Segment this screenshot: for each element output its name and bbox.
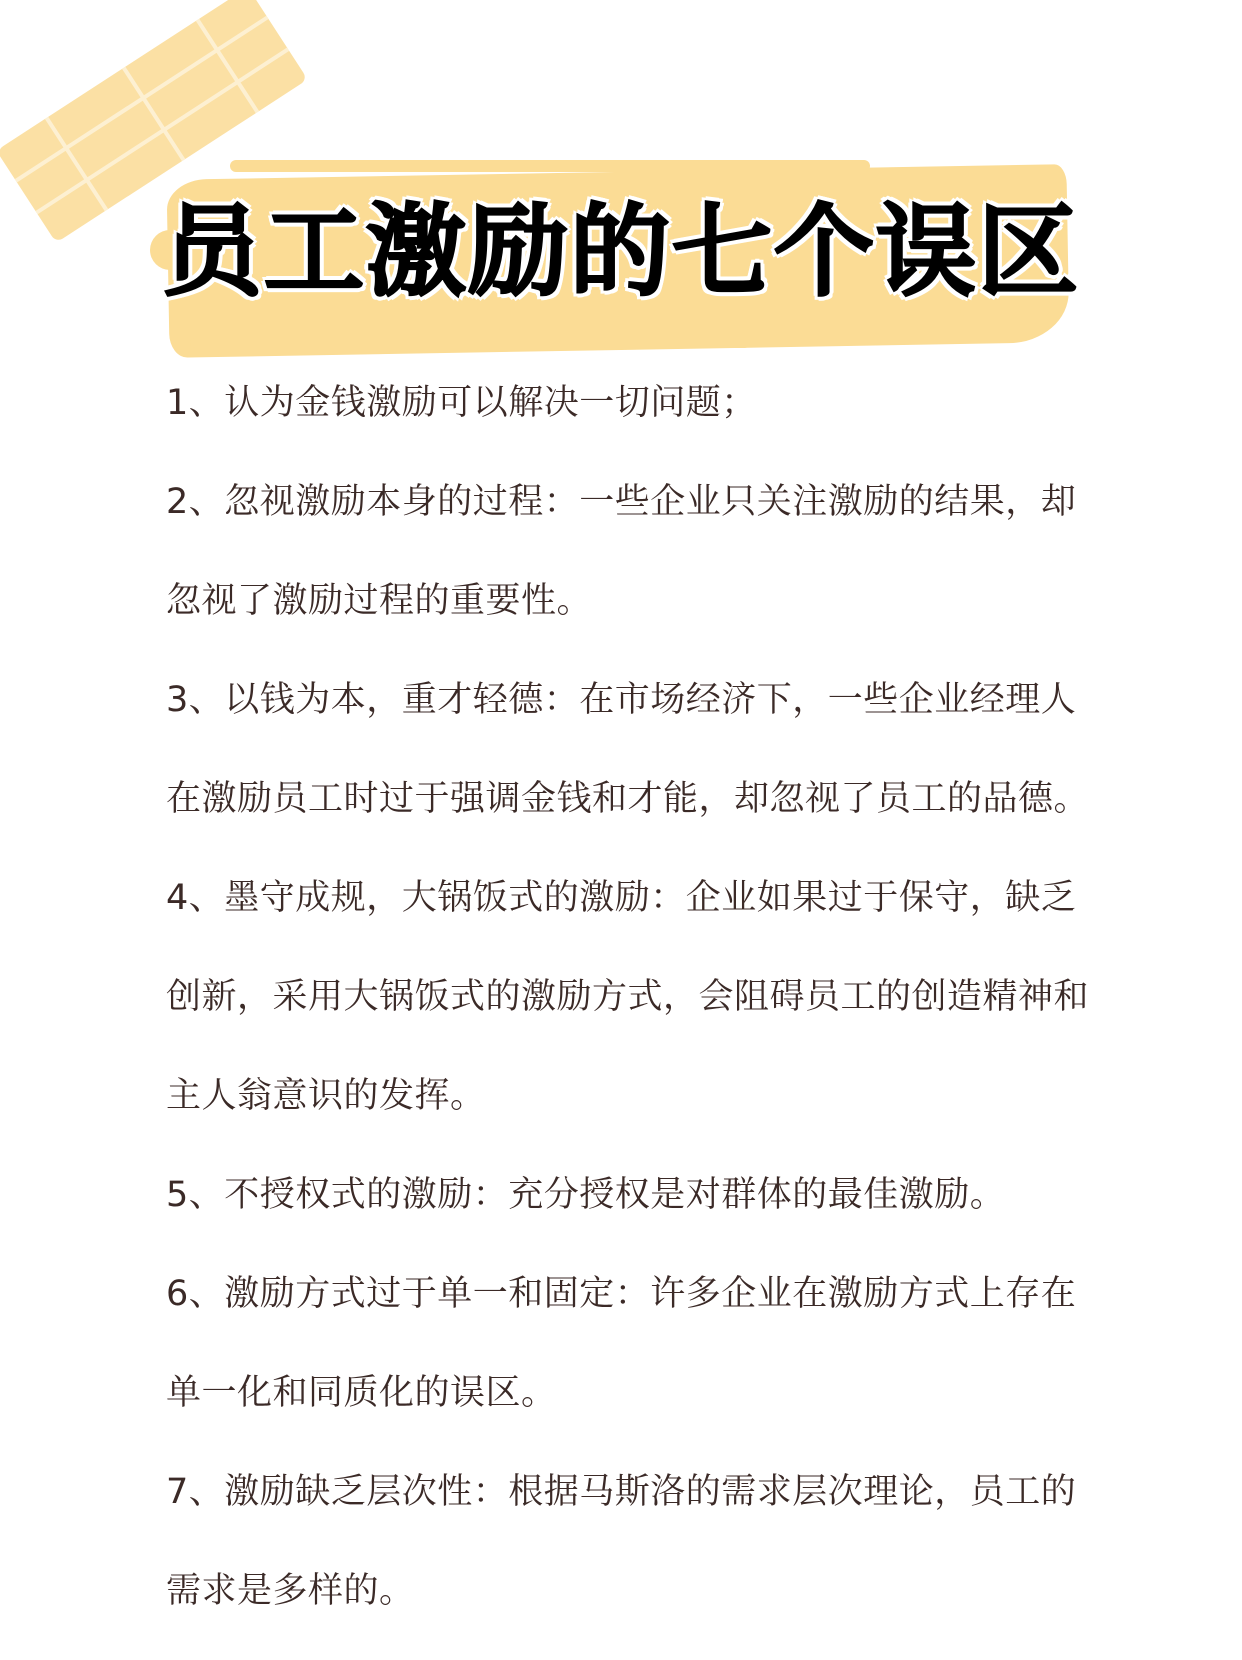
item-3-line-1: 3、以钱为本，重才轻德：在市场经济下，一些企业经理人 — [166, 675, 1186, 774]
item-4-line-1: 4、墨守成规，大锅饭式的激励：企业如果过于保守，缺乏 — [166, 873, 1186, 972]
brush-streak — [190, 338, 750, 348]
item-1-line-1: 1、认为金钱激励可以解决一切问题； — [166, 378, 1186, 477]
item-2-line-2: 忽视了激励过程的重要性。 — [166, 576, 1186, 675]
brush-streak — [230, 160, 870, 172]
item-4-line-2: 创新，采用大锅饭式的激励方式，会阻碍员工的创造精神和 — [166, 972, 1186, 1071]
item-3-line-2: 在激励员工时过于强调金钱和才能，却忽视了员工的品德。 — [166, 774, 1186, 873]
page-title: 员工激励的七个误区 — [0, 192, 1242, 312]
item-6-line-2: 单一化和同质化的误区。 — [166, 1368, 1186, 1467]
item-2-line-1: 2、忽视激励本身的过程：一些企业只关注激励的结果，却 — [166, 477, 1186, 576]
item-5-line-1: 5、不授权式的激励：充分授权是对群体的最佳激励。 — [166, 1170, 1186, 1269]
item-4-line-3: 主人翁意识的发挥。 — [166, 1071, 1186, 1170]
item-6-line-1: 6、激励方式过于单一和固定：许多企业在激励方式上存在 — [166, 1269, 1186, 1368]
item-7-line-1: 7、激励缺乏层次性：根据马斯洛的需求层次理论，员工的 — [166, 1467, 1186, 1566]
misconception-list: 1、认为金钱激励可以解决一切问题； 2、忽视激励本身的过程：一些企业只关注激励的… — [166, 378, 1186, 1660]
item-7-line-2: 需求是多样的。 — [166, 1566, 1186, 1660]
